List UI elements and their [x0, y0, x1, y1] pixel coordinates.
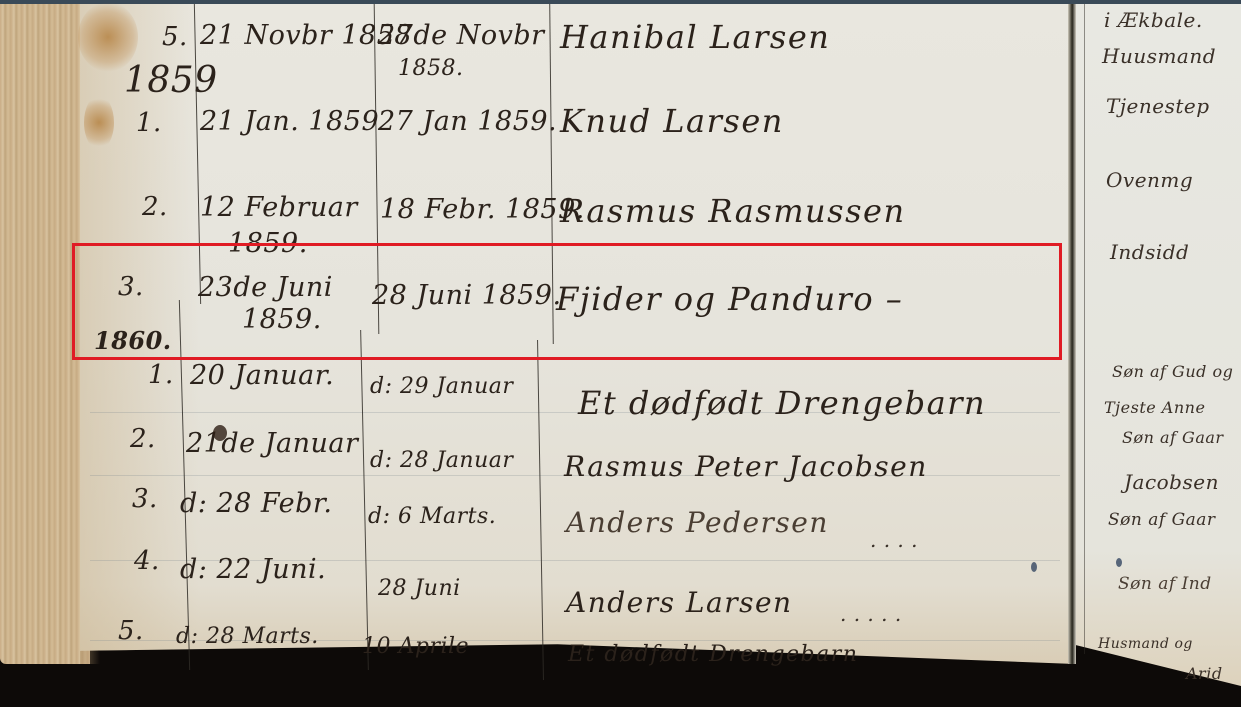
baptism-date: 18 Febr. 1859.: [380, 194, 585, 225]
entry-number: 4.: [134, 546, 160, 576]
dot-leader: . . . . .: [840, 602, 902, 626]
water-stain: [84, 95, 114, 150]
ink-blot: [1031, 562, 1037, 572]
right-page-text: Søn af Gud og: [1112, 362, 1233, 381]
entry-number: 5.: [118, 616, 144, 646]
right-page-text: Jacobsen: [1124, 470, 1219, 494]
right-page-text: Tjenestep: [1106, 94, 1210, 118]
birth-date-year: 1859.: [242, 304, 322, 335]
birth-date-year: 1859.: [228, 228, 308, 259]
baptism-date-year: 1858.: [398, 56, 463, 81]
year-marker: 1860.: [94, 326, 172, 355]
birth-date: d: 22 Juni.: [180, 554, 326, 585]
baptism-date: d: 28 Januar: [370, 448, 513, 473]
birth-date: 23de Juni: [198, 272, 333, 303]
right-page-text: Søn af Gaar: [1108, 510, 1216, 530]
window-top-border: [0, 0, 1241, 4]
child-name: Rasmus Peter Jacobsen: [564, 450, 928, 483]
child-name: Knud Larsen: [560, 102, 784, 140]
entry-number: 2.: [142, 192, 168, 222]
entry-number: 1.: [136, 108, 162, 138]
entry-number: 3.: [132, 484, 158, 514]
right-page-text: Husmand og: [1098, 636, 1193, 652]
entry-number: 3.: [118, 272, 144, 302]
birth-date: 12 Februar: [200, 192, 358, 223]
column-divider: [1084, 4, 1085, 654]
dot-leader: . . . .: [870, 528, 918, 552]
birth-date: 21 Jan. 1859: [200, 106, 379, 137]
birth-date: d: 28 Marts.: [176, 624, 319, 649]
right-page-text: Ovenmg: [1106, 168, 1193, 192]
child-name: Anders Larsen: [566, 586, 793, 619]
book-page-edges: [0, 4, 90, 664]
baptism-date: 27de Novbr: [378, 20, 545, 51]
child-name: Anders Pedersen: [566, 506, 829, 539]
birth-date: d: 28 Febr.: [180, 488, 332, 519]
baptism-date: d: 29 Januar: [370, 374, 513, 399]
baptism-date: 28 Juni 1859.: [372, 280, 562, 311]
right-page-text: Huusmand: [1102, 44, 1216, 68]
child-name: Rasmus Rasmussen: [560, 192, 906, 230]
birth-date: 21de Januar: [186, 428, 358, 459]
right-page-text: Indsidd: [1110, 240, 1189, 264]
baptism-date: d: 6 Marts.: [368, 504, 496, 529]
right-page-text: Arid: [1186, 664, 1223, 683]
baptism-date: 28 Juni: [378, 576, 461, 601]
right-page-text: Søn af Gaar: [1122, 428, 1224, 447]
child-name: Hanibal Larsen: [560, 18, 830, 56]
book-gutter: [1068, 4, 1076, 664]
child-name: Fjider og Panduro –: [556, 280, 903, 318]
right-page-text: Søn af Ind: [1118, 574, 1212, 594]
right-page-text: i Ækbale.: [1104, 8, 1203, 32]
baptism-date: 27 Jan 1859.: [378, 106, 557, 137]
entry-number: 1.: [148, 360, 174, 390]
child-name: Et dødfødt Drengebarn: [578, 384, 986, 422]
year-marker: 1859: [124, 60, 218, 101]
right-page-text: Tjeste Anne: [1104, 398, 1205, 417]
child-name: Et dødfødt Drengebarn: [568, 642, 858, 667]
entry-number: 5.: [162, 22, 188, 52]
birth-date: 20 Januar.: [190, 360, 334, 391]
ink-blot: [1116, 558, 1122, 567]
ink-blot: [213, 425, 227, 441]
baptism-date: 10 Aprile: [362, 634, 469, 659]
entry-number: 2.: [130, 424, 156, 454]
